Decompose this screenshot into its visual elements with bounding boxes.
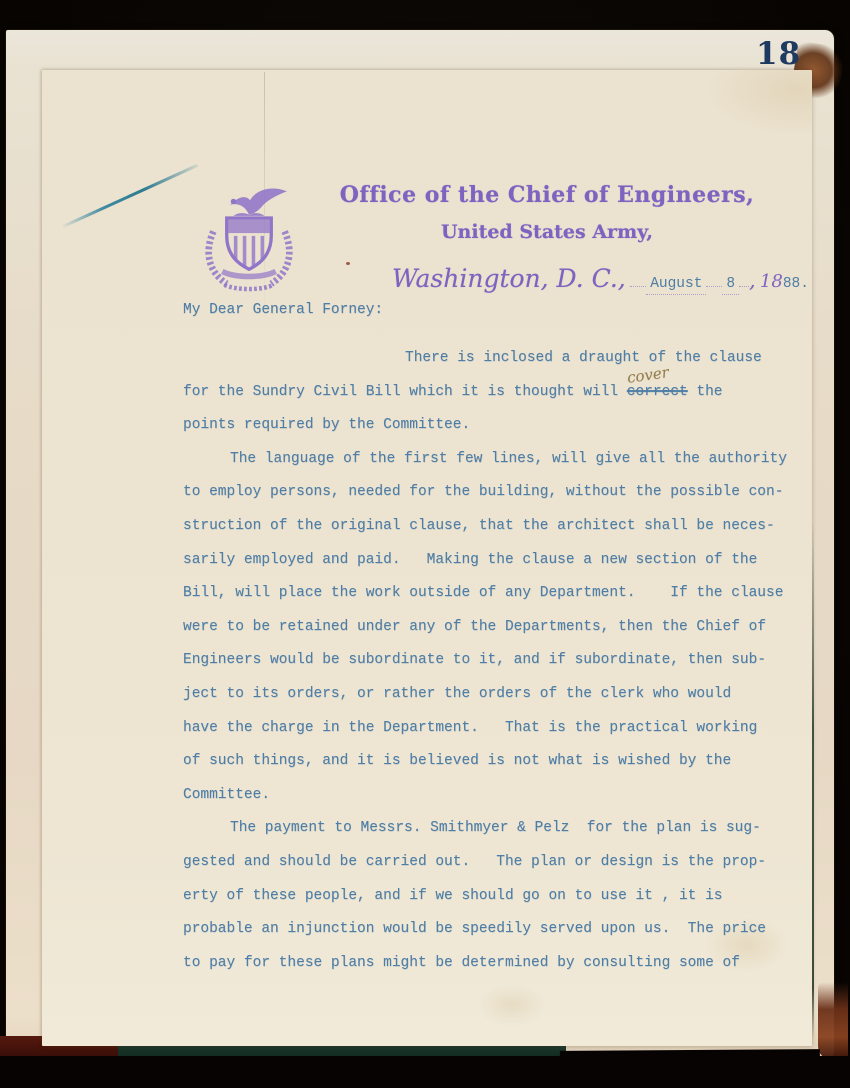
typed-line: ject to its orders, or rather the orders… — [183, 678, 803, 712]
engineers-seal-icon — [193, 178, 305, 296]
typed-text: for the Sundry Civil Bill which it is th… — [183, 384, 627, 400]
book-fore-edge-bottom — [818, 982, 848, 1060]
letterhead-office-line: Office of the Chief of Engineers, — [332, 182, 762, 208]
typed-line: There is inclosed a draught of the claus… — [183, 342, 803, 376]
dateline-place: Washington, D. C., — [392, 264, 626, 293]
salutation: My Dear General Forney: — [183, 302, 383, 318]
typed-line: to pay for these plans might be determin… — [183, 947, 803, 981]
typed-line: gested and should be carried out. The pl… — [183, 846, 803, 880]
dateline-year-printed: 18 — [760, 271, 783, 292]
typed-line: of such things, and it is believed is no… — [183, 745, 803, 779]
letter-body: There is inclosed a draught of the claus… — [183, 342, 803, 980]
page-number: 18 — [756, 36, 801, 72]
dotted-leader — [630, 272, 646, 287]
typed-line: were to be retained under any of the Dep… — [183, 611, 803, 645]
typed-line: erty of these people, and if we should g… — [183, 880, 803, 914]
typed-line: to employ persons, needed for the buildi… — [183, 476, 803, 510]
dateline: Washington, D. C., August8, 1888. — [392, 264, 809, 293]
typed-line: sarily employed and paid. Making the cla… — [183, 544, 803, 578]
typed-line: for the Sundry Civil Bill which it is th… — [183, 376, 803, 410]
background-edge — [0, 1056, 850, 1088]
typed-line: probable an injunction would be speedily… — [183, 913, 803, 947]
dotted-leader — [739, 272, 749, 287]
struck-word: correctcover — [627, 384, 688, 400]
dateline-comma: , — [749, 268, 755, 292]
dateline-day: 8 — [722, 276, 739, 295]
handwritten-correction: cover — [626, 365, 670, 386]
typed-line: Bill, will place the work outside of any… — [183, 577, 803, 611]
letterhead: Office of the Chief of Engineers, United… — [332, 182, 762, 243]
letterhead-army-line: United States Army, — [332, 221, 762, 243]
dateline-month: August — [646, 276, 706, 295]
typed-line: The language of the first few lines, wil… — [183, 443, 803, 477]
page-edge-line — [812, 520, 814, 1040]
letter-sheet: Office of the Chief of Engineers, United… — [42, 70, 812, 1046]
dotted-leader — [706, 272, 722, 287]
blue-pencil-mark — [62, 164, 198, 228]
typed-line: points required by the Committee. — [183, 409, 803, 443]
typed-line: Engineers would be subordinate to it, an… — [183, 644, 803, 678]
scanned-letter-page: 18 — [0, 0, 850, 1088]
ink-speck — [346, 262, 350, 265]
typed-line: have the charge in the Department. That … — [183, 712, 803, 746]
dateline-year-typed: 88. — [783, 276, 809, 292]
typed-text: the — [688, 384, 723, 400]
typed-line: struction of the original clause, that t… — [183, 510, 803, 544]
typed-line: The payment to Messrs. Smithmyer & Pelz … — [183, 812, 803, 846]
typed-line: Committee. — [183, 779, 803, 813]
